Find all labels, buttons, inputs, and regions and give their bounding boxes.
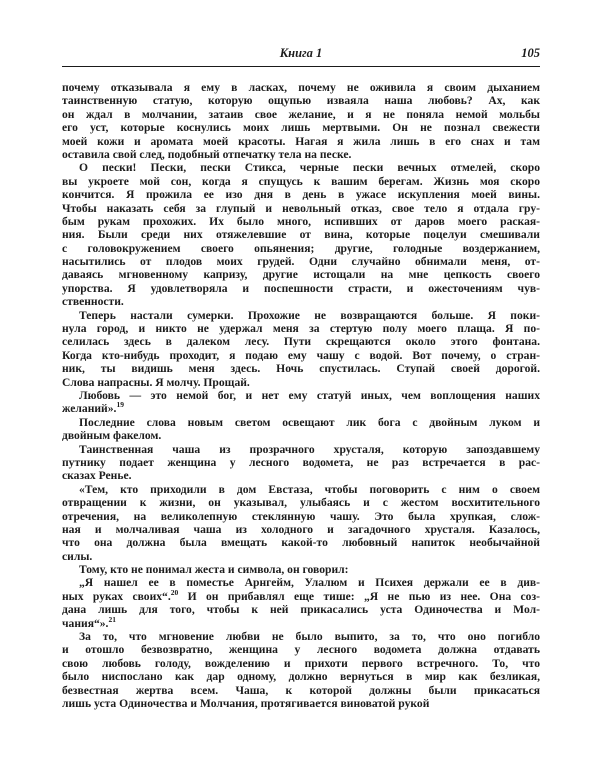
text-line: ник, ты видишь меня здесь. Ночь спустила… xyxy=(62,362,540,375)
header-rule xyxy=(62,66,540,67)
text-line: ная и молчаливая чаша из холодного и заг… xyxy=(62,523,540,536)
text-line: с головокружением своего опьянения; друг… xyxy=(62,242,540,255)
text-line: моей кожи и аромата моей красоты. Нагая … xyxy=(62,135,540,148)
text-line: «Тем, кто приходили в дом Евстаза, чтобы… xyxy=(62,483,540,496)
text-line: его уст, которые коснулись моих лишь мер… xyxy=(62,121,540,134)
book-page: Книга 1 105 почему отказывала я ему в ла… xyxy=(0,0,600,765)
text-line: Любовь — это немой бог, и нет ему статуй… xyxy=(62,389,540,402)
text-line: Чтобы наказать себя за глупый и невольны… xyxy=(62,202,540,215)
text-line: дана лишь для того, чтобы к ней прикасал… xyxy=(62,603,540,616)
text-line: чания“».21 xyxy=(62,617,540,630)
text-line: „Я нашел ее в поместье Арнгейм, Улалюм и… xyxy=(62,576,540,589)
text-line: оставила свой след, подобный отпечатку т… xyxy=(62,148,540,161)
text-line: бым рукам прохожих. Их было много, испив… xyxy=(62,215,540,228)
text-line: двойным факелом. xyxy=(62,429,540,442)
footnote-ref: 19 xyxy=(116,401,124,410)
text-line: сказах Ренье. xyxy=(62,469,540,482)
text-line: насытились от плодов моих грудей. Одни с… xyxy=(62,255,540,268)
text-line: лишь уста Одиночества и Молчания, протяг… xyxy=(62,697,540,710)
running-head: Книга 1 105 xyxy=(62,46,540,62)
text-line: безвестная жертва всем. Чаша, к которой … xyxy=(62,684,540,697)
text-line: ных руках своих“.20 И он прибавлял еще т… xyxy=(62,590,540,603)
text-line: За то, что мгновение любви не было выпит… xyxy=(62,630,540,643)
text-line: таинственную статую, которую ощупью изва… xyxy=(62,94,540,107)
text-line: отречения, на великолепную стеклянную ча… xyxy=(62,510,540,523)
text-line: почему отказывала я ему в ласках, почему… xyxy=(62,81,540,94)
page-body: почему отказывала я ему в ласках, почему… xyxy=(62,81,540,710)
text-line: Тому, кто не понимал жеста и символа, он… xyxy=(62,563,540,576)
text-line: Последние слова новым светом освещают ли… xyxy=(62,416,540,429)
text-line: силы. xyxy=(62,550,540,563)
text-line: селилась здесь в далеком лесу. Пути скре… xyxy=(62,335,540,348)
text-line: О пески! Пески, пески Стикса, черные пес… xyxy=(62,161,540,174)
text-line: свою любовь голоду, вожделению и прихоти… xyxy=(62,657,540,670)
text-line: кончится. Я прожила ее изо дня в день в … xyxy=(62,188,540,201)
text-line: что она должна была вмещать какой-то люб… xyxy=(62,536,540,549)
text-line: ственности. xyxy=(62,295,540,308)
text-line: вы укроете мой сон, когда я спущусь к ва… xyxy=(62,175,540,188)
text-line: путнику подает женщина у лесного водомет… xyxy=(62,456,540,469)
page-number: 105 xyxy=(521,46,540,61)
text-line: было ниспослано как дар одному, должно в… xyxy=(62,670,540,683)
text-line: отвращении к жизни, он указывал, улыбаяс… xyxy=(62,496,540,509)
footnote-ref: 20 xyxy=(171,588,179,597)
text-line: Таинственная чаша из прозрачного хрустал… xyxy=(62,443,540,456)
running-title: Книга 1 xyxy=(62,46,540,61)
text-line: даваясь мгновенному капризу, другие исто… xyxy=(62,268,540,281)
footnote-ref: 21 xyxy=(108,615,116,624)
text-line: желаний».19 xyxy=(62,402,540,415)
text-line: он ждал в молчании, затаив свое желание,… xyxy=(62,108,540,121)
text-line: Когда кто-нибудь проходит, я подаю ему ч… xyxy=(62,349,540,362)
text-line: упорства. Я удовлетворяла и поспешности … xyxy=(62,282,540,295)
text-line: и отошло безвозвратно, женщина у лесного… xyxy=(62,643,540,656)
text-line: нула город, и никто не удержал меня за с… xyxy=(62,322,540,335)
text-line: Слова напрасны. Я молчу. Прощай. xyxy=(62,376,540,389)
text-line: ния. Были среди них отяжелевшие от вина,… xyxy=(62,228,540,241)
text-line: Теперь настали сумерки. Прохожие не возв… xyxy=(62,309,540,322)
